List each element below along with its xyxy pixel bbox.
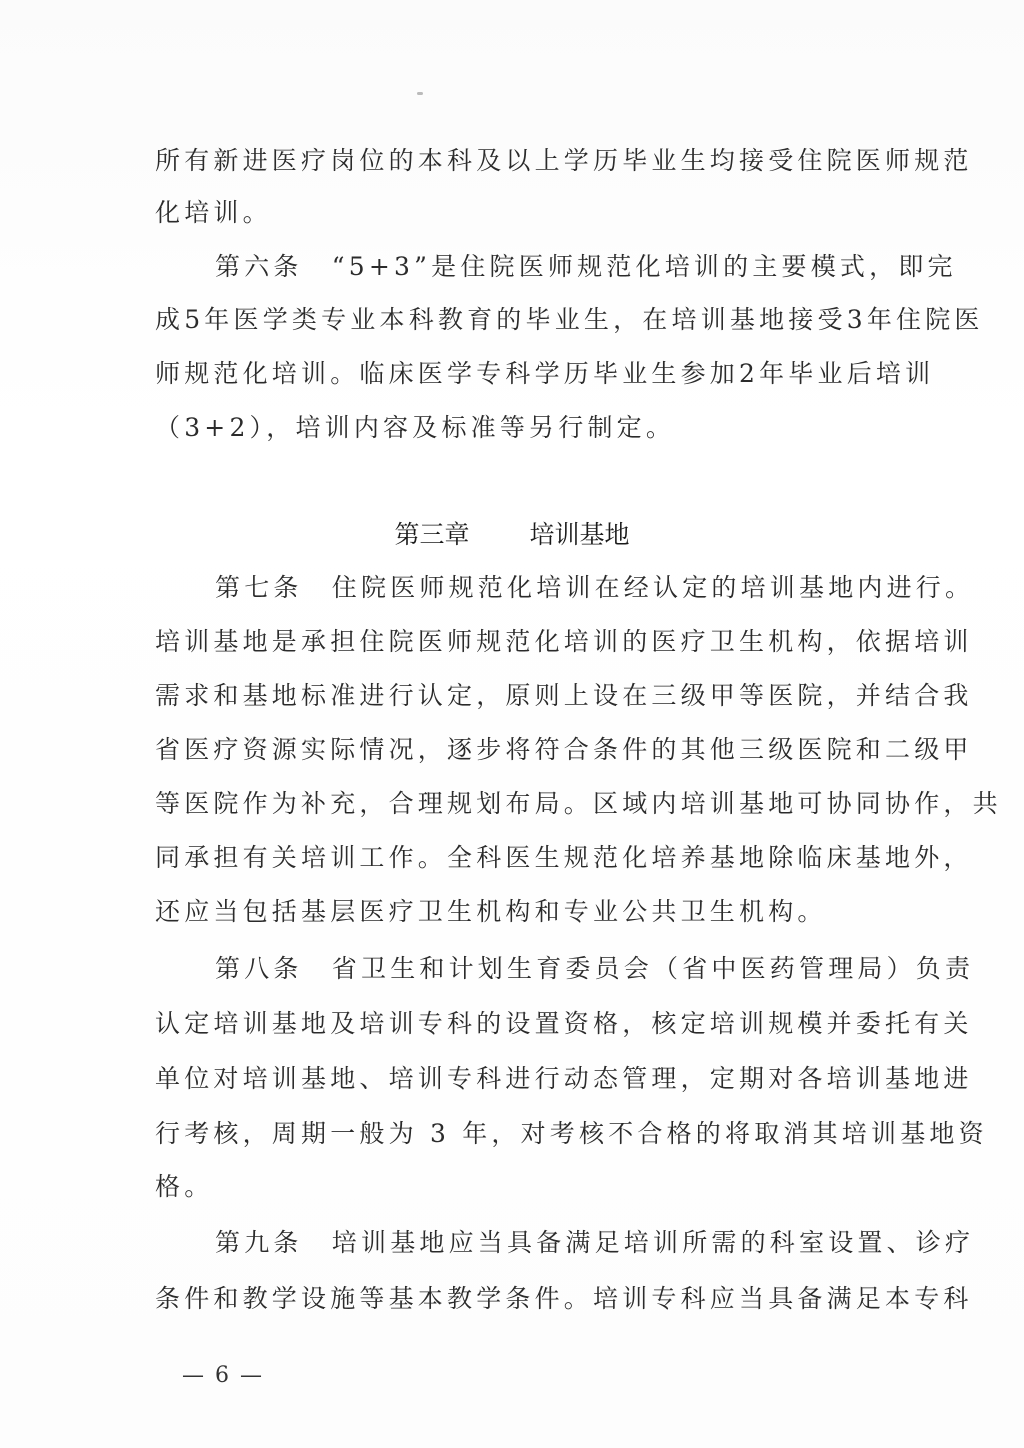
article-6-line: 第六条 “5+3”是住院医师规范化培训的主要模式，即完 <box>215 252 1005 282</box>
paragraph-line: 所有新进医疗岗位的本科及以上学历毕业生均接受住院医师规范 <box>155 146 945 176</box>
scan-speck <box>417 92 423 95</box>
article-7-line: 等医院作为补充，合理规划布局。区域内培训基地可协同协作，共 <box>155 789 945 819</box>
article-7-line: 第七条 住院医师规范化培训在经认定的培训基地内进行。 <box>215 573 1005 603</box>
article-6-line: 成5年医学类专业本科教育的毕业生，在培训基地接受3年住院医 <box>155 305 945 335</box>
chapter-title: 培训基地 <box>530 520 630 550</box>
article-8-line: 单位对培训基地、培训专科进行动态管理，定期对各培训基地进 <box>155 1064 945 1094</box>
chapter-heading: 第三章培训基地 <box>0 520 1024 550</box>
article-7-line: 同承担有关培训工作。全科医生规范化培养基地除临床基地外， <box>155 843 945 873</box>
article-7-line: 省医疗资源实际情况，逐步将符合条件的其他三级医院和二级甲 <box>155 735 945 765</box>
article-6-line: 师规范化培训。临床医学专科学历毕业生参加2年毕业后培训 <box>155 359 945 389</box>
article-8-line: 认定培训基地及培训专科的设置资格，核定培训规模并委托有关 <box>155 1009 945 1039</box>
article-7-line: 还应当包括基层医疗卫生机构和专业公共卫生机构。 <box>155 897 945 927</box>
chapter-number: 第三章 <box>394 520 469 550</box>
article-6-line: （3+2），培训内容及标准等另行制定。 <box>155 413 945 443</box>
article-8-line: 第八条 省卫生和计划生育委员会（省中医药管理局）负责 <box>215 954 1005 984</box>
document-page: 所有新进医疗岗位的本科及以上学历毕业生均接受住院医师规范 化培训。 第六条 “5… <box>0 0 1024 1448</box>
article-7-line: 需求和基地标准进行认定，原则上设在三级甲等医院，并结合我 <box>155 681 945 711</box>
article-8-line: 格。 <box>155 1172 945 1202</box>
article-9-line: 条件和教学设施等基本教学条件。培训专科应当具备满足本专科 <box>155 1284 945 1314</box>
article-8-line: 行考核，周期一般为 3 年，对考核不合格的将取消其培训基地资 <box>155 1119 945 1149</box>
article-9-line: 第九条 培训基地应当具备满足培训所需的科室设置、诊疗 <box>215 1228 1005 1258</box>
page-number: — 6 — <box>182 1363 264 1389</box>
article-7-line: 培训基地是承担住院医师规范化培训的医疗卫生机构，依据培训 <box>155 627 945 657</box>
paragraph-line: 化培训。 <box>155 198 945 228</box>
